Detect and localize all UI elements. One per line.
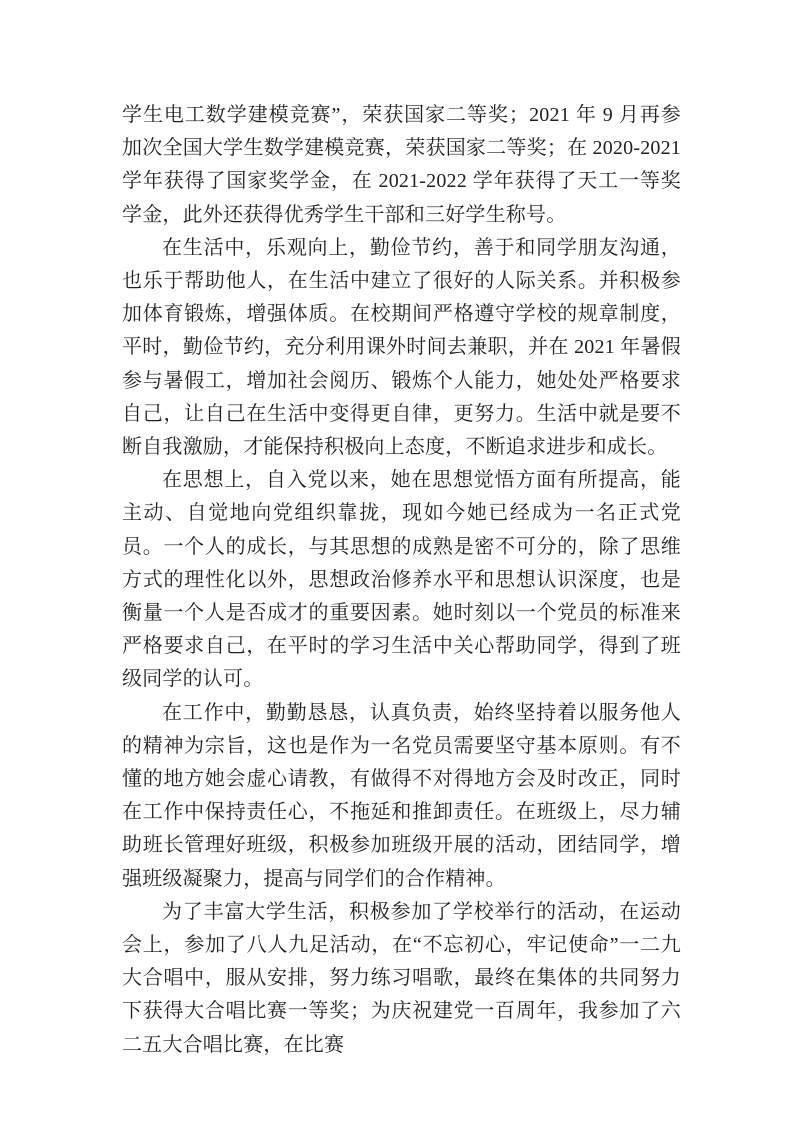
document-text-block: 学生电工数学建模竞赛”，荣获国家二等奖；2021 年 9 月再参加次全国大学生数… [122,99,681,1062]
paragraph-1: 学生电工数学建模竞赛”，荣获国家二等奖；2021 年 9 月再参加次全国大学生数… [122,99,681,232]
paragraph-4: 在工作中，勤勤恳恳，认真负责，始终坚持着以服务他人的精神为宗旨，这也是作为一名党… [122,697,681,896]
document-page: 学生电工数学建模竞赛”，荣获国家二等奖；2021 年 9 月再参加次全国大学生数… [0,0,793,1122]
paragraph-3: 在思想上，自入党以来，她在思想觉悟方面有所提高，能主动、自觉地向党组织靠拢，现如… [122,464,681,696]
paragraph-5: 为了丰富大学生活，积极参加了学校举行的活动，在运动会上，参加了八人九足活动，在“… [122,896,681,1062]
paragraph-2: 在生活中，乐观向上，勤俭节约，善于和同学朋友沟通，也乐于帮助他人，在生活中建立了… [122,232,681,464]
